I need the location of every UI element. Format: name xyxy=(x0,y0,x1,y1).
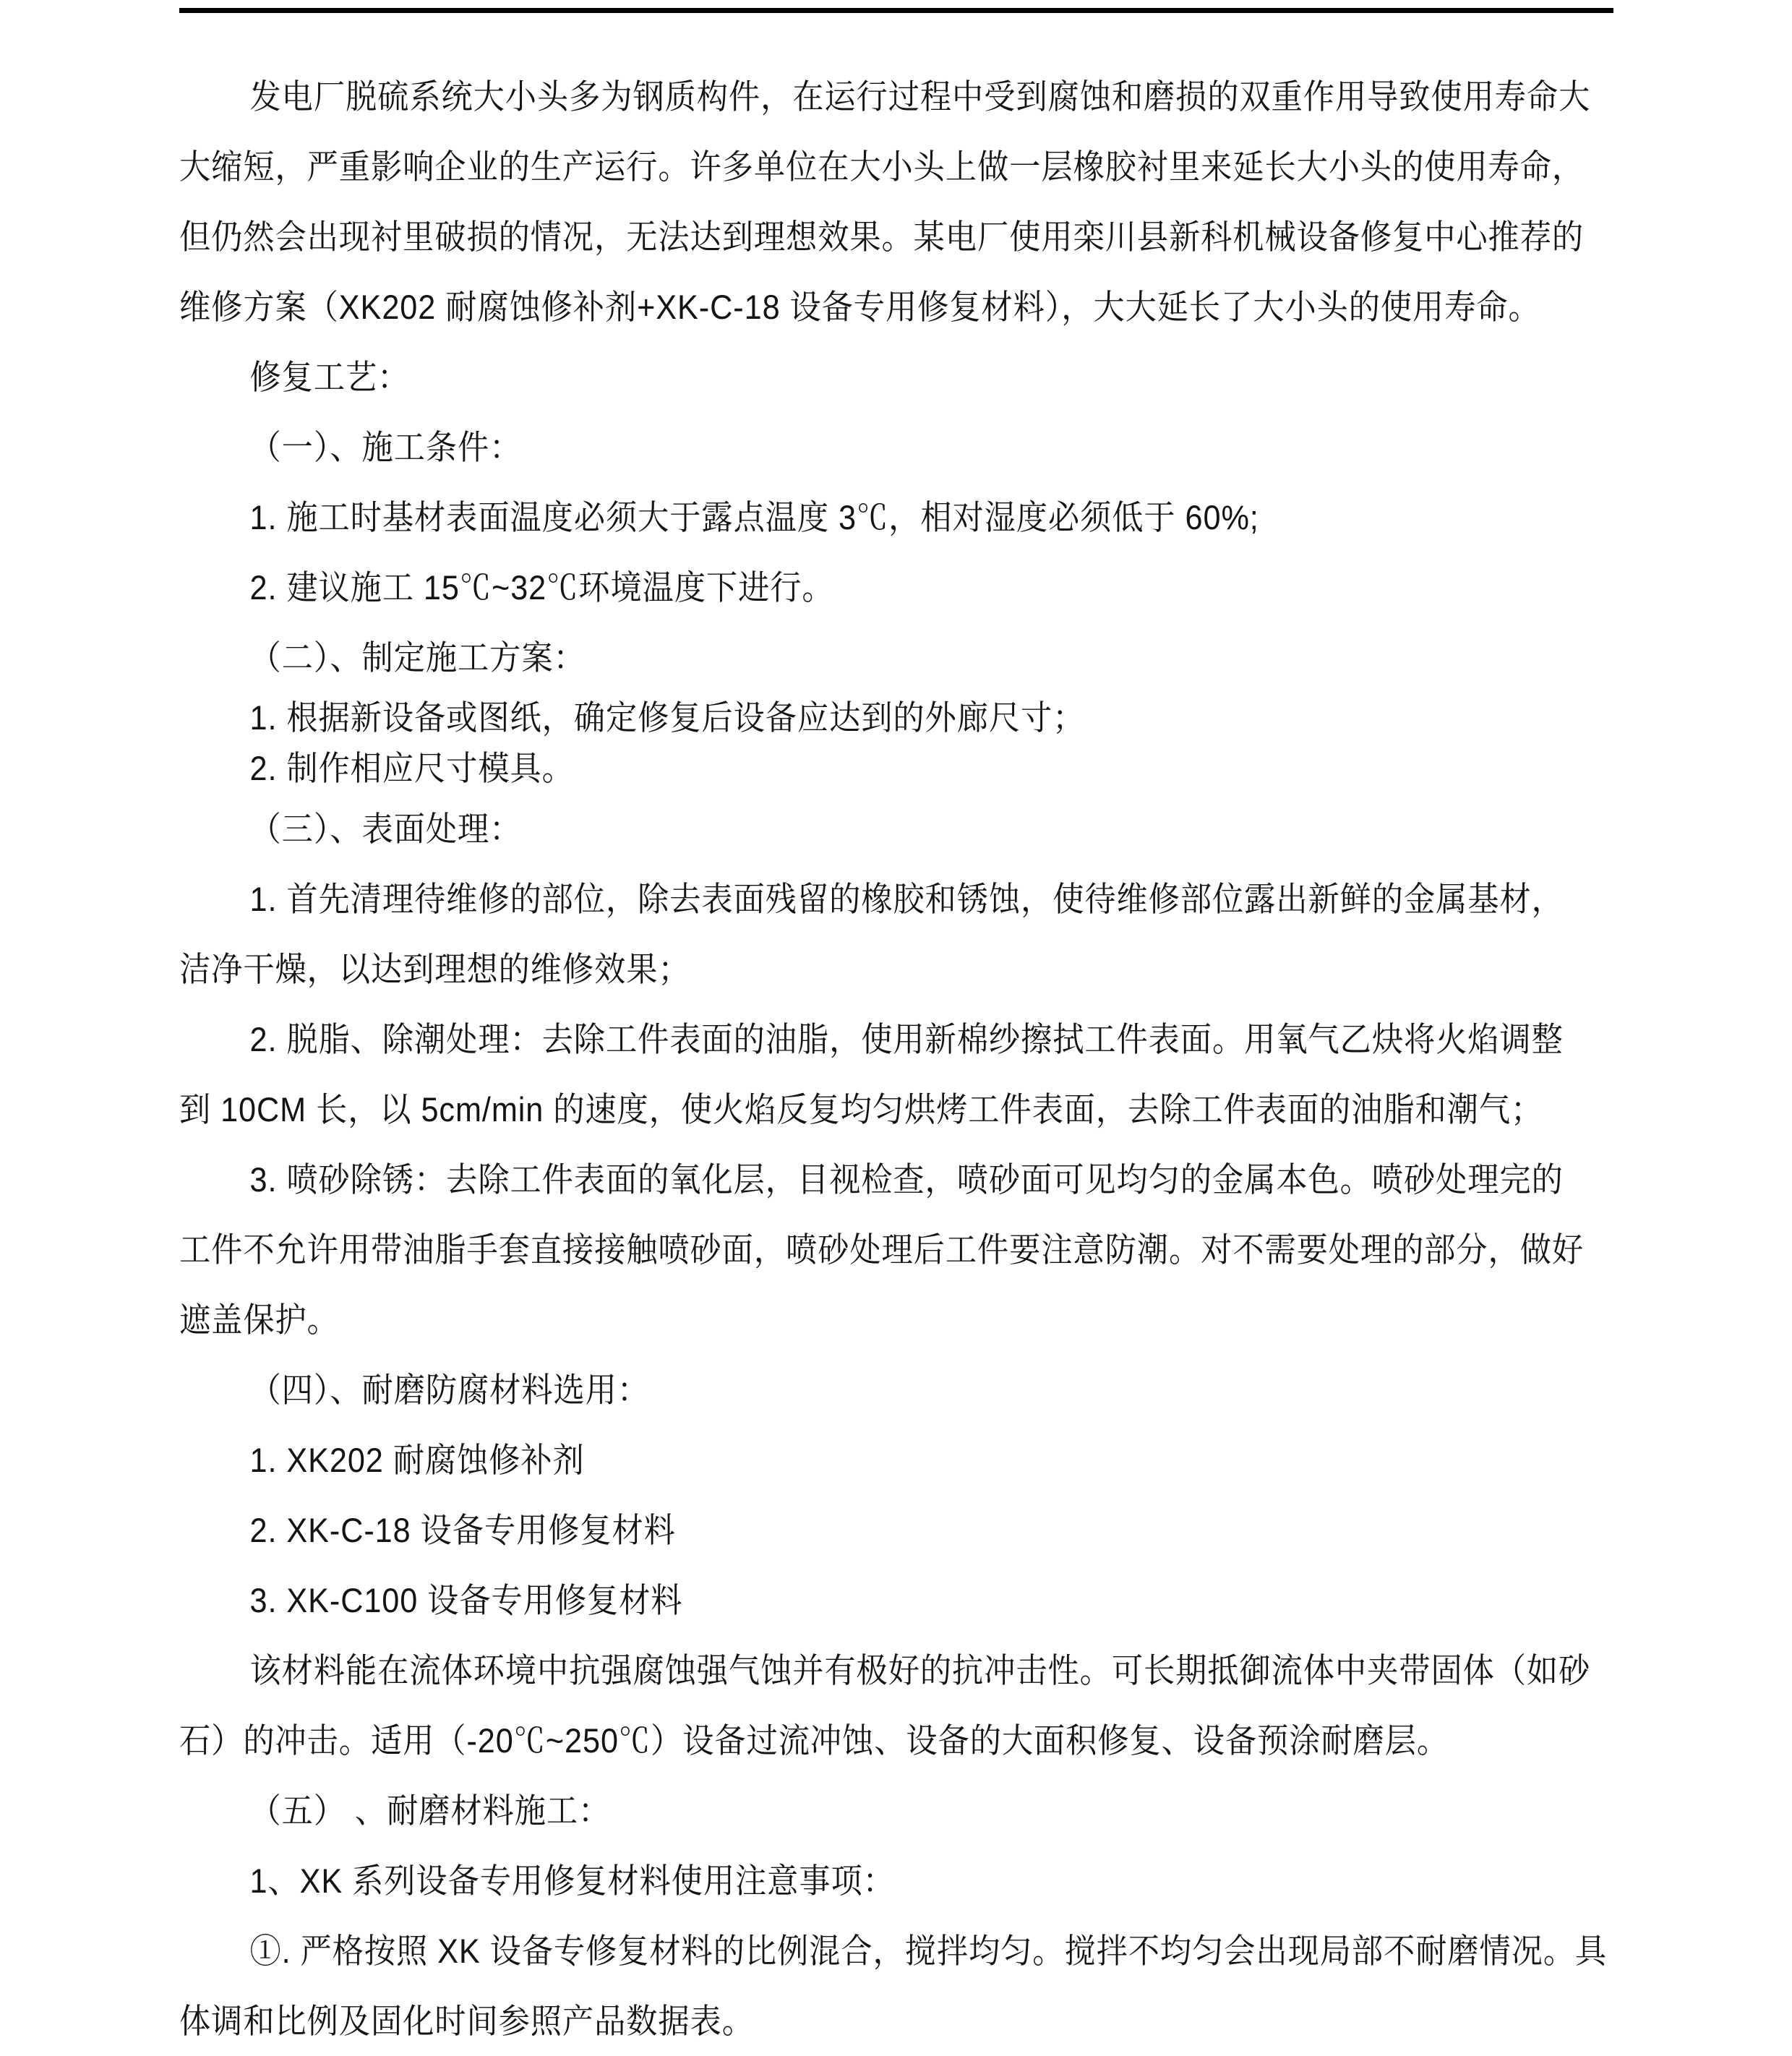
text-line: 2. 制作相应尺寸模具。 xyxy=(179,743,1499,794)
section-heading: （五） 、耐磨材料施工： xyxy=(179,1776,1499,1846)
text-line: 体调和比例及固化时间参照产品数据表。 xyxy=(179,1986,1499,2056)
text-line: 1、XK 系列设备专用修复材料使用注意事项： xyxy=(179,1846,1499,1916)
text-line: 1. 施工时基材表面温度必须大于露点温度 3℃，相对湿度必须低于 60%; xyxy=(179,482,1499,552)
text-line: 石）的冲击。适用（-20℃~250℃）设备过流冲蚀、设备的大面积修复、设备预涂耐… xyxy=(179,1705,1499,1776)
text-line: 2. 建议施工 15℃~32℃环境温度下进行。 xyxy=(179,552,1499,622)
text-line: 发电厂脱硫系统大小头多为钢质构件，在运行过程中受到腐蚀和磨损的双重作用导致使用寿… xyxy=(179,61,1499,132)
text-line: 2. XK-C-18 设备专用修复材料 xyxy=(179,1495,1499,1565)
text-line: ①. 严格按照 XK 设备专修复材料的比例混合，搅拌均匀。搅拌不均匀会出现局部不… xyxy=(179,1916,1499,1986)
text-line: 3. XK-C100 设备专用修复材料 xyxy=(179,1565,1499,1635)
text-line: 大缩短，严重影响企业的生产运行。许多单位在大小头上做一层橡胶衬里来延长大小头的使… xyxy=(179,132,1499,202)
text-line: 3. 喷砂除锈：去除工件表面的氧化层，目视检查，喷砂面可见均匀的金属本色。喷砂处… xyxy=(179,1144,1499,1215)
text-line: 但仍然会出现衬里破损的情况，无法达到理想效果。某电厂使用栾川县新科机械设备修复中… xyxy=(179,202,1499,272)
text-line: 遮盖保护。 xyxy=(179,1285,1499,1355)
text-line: 2. 脱脂、除潮处理：去除工件表面的油脂，使用新棉纱擦拭工件表面。用氧气乙炔将火… xyxy=(179,1004,1499,1074)
text-line: 洁净干燥，以达到理想的维修效果； xyxy=(179,934,1499,1004)
section-heading: （二）、制定施工方案： xyxy=(179,622,1499,693)
text-line: 修复工艺： xyxy=(179,342,1499,412)
page-top-rule xyxy=(179,8,1613,13)
text-line: 该材料能在流体环境中抗强腐蚀强气蚀并有极好的抗冲击性。可长期抵御流体中夹带固体（… xyxy=(179,1635,1499,1705)
text-line: 到 10CM 长，以 5cm/min 的速度，使火焰反复均匀烘烤工件表面，去除工… xyxy=(179,1074,1499,1144)
text-line: 1. 根据新设备或图纸，确定修复后设备应达到的外廊尺寸； xyxy=(179,693,1499,743)
document-page: 发电厂脱硫系统大小头多为钢质构件，在运行过程中受到腐蚀和磨损的双重作用导致使用寿… xyxy=(179,61,1613,2056)
section-heading: （三）、表面处理： xyxy=(179,794,1499,864)
text-line: 工件不允许用带油脂手套直接接触喷砂面，喷砂处理后工件要注意防潮。对不需要处理的部… xyxy=(179,1215,1499,1285)
text-line: 维修方案（XK202 耐腐蚀修补剂+XK-C-18 设备专用修复材料），大大延长… xyxy=(179,272,1499,342)
text-line: 1. XK202 耐腐蚀修补剂 xyxy=(179,1425,1499,1495)
section-heading: （四）、耐磨防腐材料选用： xyxy=(179,1355,1499,1425)
text-line: 1. 首先清理待维修的部位，除去表面残留的橡胶和锈蚀，使待维修部位露出新鲜的金属… xyxy=(179,864,1499,934)
section-heading: （一）、施工条件： xyxy=(179,412,1499,482)
